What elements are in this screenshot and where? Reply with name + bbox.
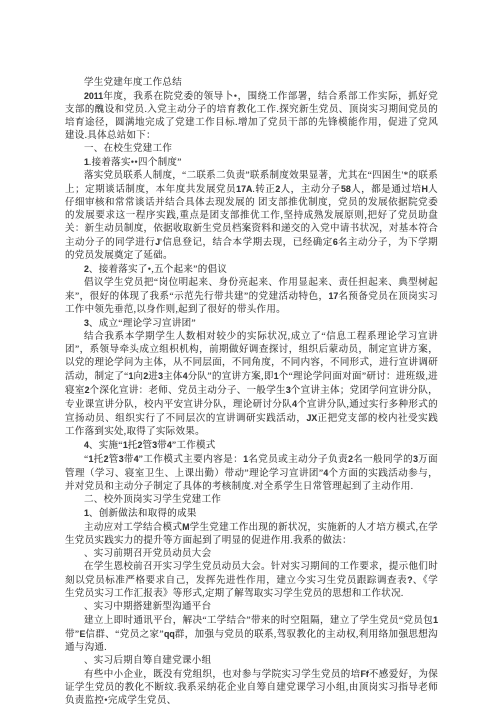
paragraph: 倡议学生党员把“岗位明起来、身份亮起来、作用显起来、责任担起来、典型树起来”，很… bbox=[65, 277, 438, 317]
latin-text: H bbox=[422, 184, 428, 194]
latin-text: 4 bbox=[323, 468, 328, 478]
paragraph: 、实习后期自筹自建党课小组 bbox=[65, 655, 438, 668]
latin-text: 3 bbox=[152, 440, 157, 450]
latin-text: 4 bbox=[134, 454, 139, 464]
latin-text: 1 bbox=[89, 454, 94, 464]
latin-text: 4 bbox=[84, 440, 89, 450]
latin-text: 1 bbox=[274, 371, 279, 381]
latin-text: 17A bbox=[236, 184, 252, 194]
latin-text: 2 bbox=[348, 454, 353, 464]
paragraph: 3、成立“理论学习宣讲团” bbox=[65, 317, 438, 331]
latin-text: 4 bbox=[183, 371, 188, 381]
latin-text: J bbox=[155, 237, 160, 247]
latin-text: 3 bbox=[84, 318, 89, 328]
paragraph: “1托2管3带4”工作模式主要内容是：1名党员或主动分子负责2名一般同学的3万面… bbox=[65, 453, 438, 494]
paragraph: 建立上即时通讯平台，解决“工学结合”带来的时空阻隔，建立了学生党员“党员包1带”… bbox=[65, 614, 438, 655]
latin-text: 17 bbox=[328, 291, 338, 301]
paragraph: 落实党员联系人制度，“二联系二负责”联系制度效果显著，尤其在“四困生'*的联系上… bbox=[65, 170, 438, 263]
document-page: 学生党建年度工作总结 2011年度，我系在院党委的领导卜•，围绕工作部署，结合系… bbox=[0, 0, 500, 707]
latin-text: 3 bbox=[158, 371, 163, 381]
paragraph: 在学生恩校前召开实习学生党员动员大会。针对实习期间的工作要求，提示他们时刻以党员… bbox=[65, 561, 438, 601]
paragraph: 结合我系本学期学生人数相对较少的实际状况,成立了“信息工程系理论学习宣讲团”，系… bbox=[65, 331, 438, 439]
latin-text: 1 bbox=[84, 157, 89, 167]
document-title: 学生党建年度工作总结 bbox=[65, 77, 438, 90]
latin-text: 1 bbox=[433, 615, 438, 625]
paragraph: 有些中小企业，既没有党组织，也对参与学院实习学生党员的培Ff不感爱好，为保证学生… bbox=[65, 668, 438, 707]
latin-text: 2 bbox=[85, 385, 90, 395]
latin-text: 3 bbox=[286, 385, 291, 395]
document-body: 2011年度，我系在院党委的领导卜•，围绕工作部署，结合系部工作实际，抓好党支部… bbox=[65, 90, 438, 707]
paragraph: 一、在校生党建工作 bbox=[65, 143, 438, 156]
latin-text: E bbox=[79, 629, 85, 639]
latin-text: 2 bbox=[84, 264, 89, 274]
paragraph: 、实习前期召开党员动员大会 bbox=[65, 548, 438, 561]
paragraph: 1.接着落实••四个制度” bbox=[65, 156, 438, 170]
latin-text: M bbox=[182, 522, 189, 532]
latin-text: 4 bbox=[167, 440, 172, 450]
latin-text: 2 bbox=[104, 454, 109, 464]
latin-text: 1 bbox=[129, 371, 134, 381]
latin-text: 3 bbox=[413, 454, 418, 464]
latin-text: ? bbox=[407, 575, 412, 585]
latin-text: 6 bbox=[333, 237, 338, 247]
paragraph: 、实习中期搭建新型沟通平台 bbox=[65, 601, 438, 614]
latin-text: 2 bbox=[143, 371, 148, 381]
latin-text: 2011 bbox=[84, 91, 103, 101]
paragraph: 1、创新做法和取得的成果 bbox=[65, 507, 438, 521]
latin-text: 1 bbox=[243, 454, 248, 464]
latin-text: 3 bbox=[119, 454, 124, 464]
paragraph: 主动应对工学结合模式M学生党建工作出现的新状况，实施新的人才培方模式,在学生党员… bbox=[65, 521, 438, 548]
latin-text: qq bbox=[164, 629, 175, 639]
latin-text: 58 bbox=[341, 184, 351, 194]
latin-text: 1 bbox=[84, 508, 89, 518]
latin-text: 2 bbox=[138, 440, 143, 450]
latin-text: 1 bbox=[123, 440, 128, 450]
latin-text: 2 bbox=[275, 184, 280, 194]
paragraph: 2、接着落实了•,五个起来”的倡议 bbox=[65, 263, 438, 277]
latin-text: Ff bbox=[361, 669, 369, 679]
paragraph: 2011年度，我系在院党委的领导卜•，围绕工作部署，结合系部工作实际，抓好党支部… bbox=[65, 90, 438, 143]
paragraph: 二、校外顶岗实习学生党建工作 bbox=[65, 494, 438, 507]
latin-text: 4 bbox=[292, 399, 297, 409]
latin-text: JX bbox=[306, 413, 317, 423]
paragraph: 4、实施“1托2管3带4”工作模式 bbox=[65, 439, 438, 453]
